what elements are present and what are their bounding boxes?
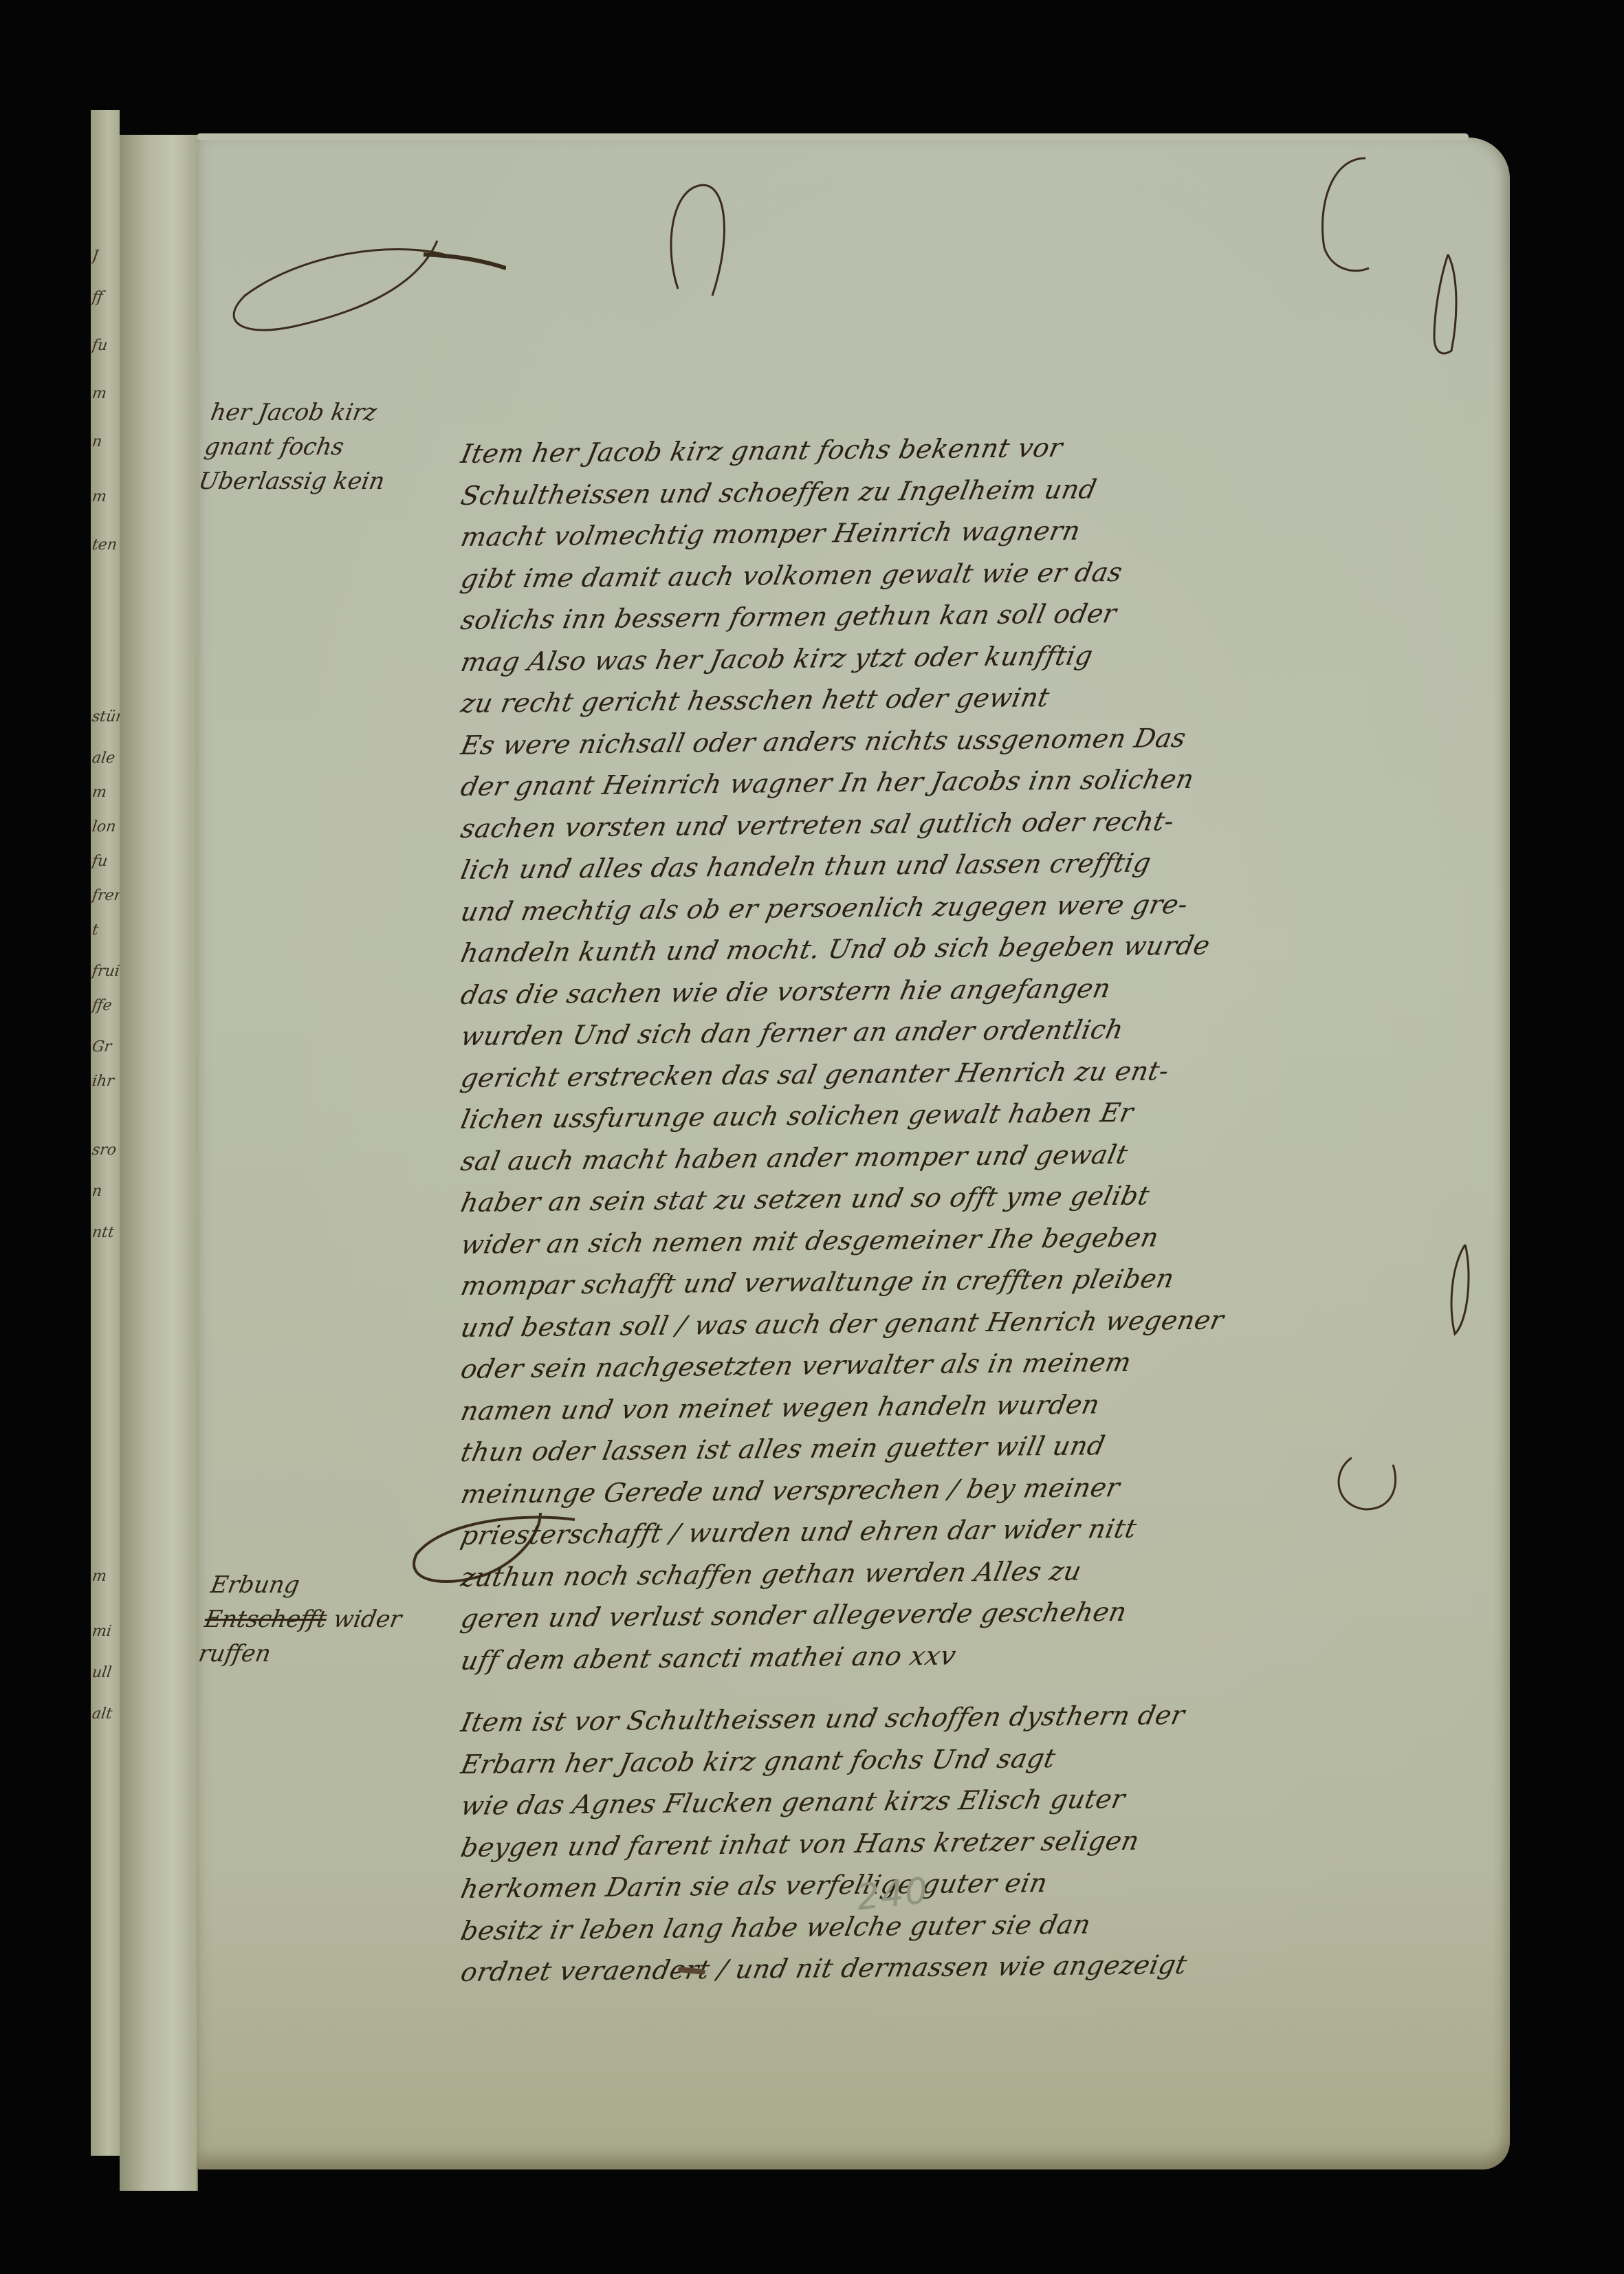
previous-leaf-fragment: ull bbox=[91, 1664, 121, 1681]
margin-note-line: Entschefft wider bbox=[202, 1602, 415, 1637]
margin-note-erbung: Erbung Entschefft wider ruffen bbox=[196, 1568, 420, 1671]
margin-note-line: her Jacob kirz bbox=[208, 395, 420, 430]
paragraph-1: Item her Jacob kirz gnant fochs bekennt … bbox=[461, 433, 1472, 1681]
main-text-block: Item her Jacob kirz gnant fochs bekennt … bbox=[461, 433, 1472, 1993]
previous-leaf-fragment: fruit bbox=[91, 963, 121, 980]
paragraph-2: Item ist vor Schultheissen und schoffen … bbox=[461, 1702, 1472, 1993]
previous-leaf-fragment: n bbox=[91, 433, 121, 450]
large-loop-flourish-icon bbox=[217, 213, 506, 351]
previous-leaf-fragment: fren bbox=[91, 887, 121, 904]
previous-leaf-fragment: lon bbox=[91, 818, 121, 835]
previous-leaf-fragment: n bbox=[91, 1183, 121, 1200]
previous-leaf-fragment: m bbox=[91, 385, 121, 402]
margin-note-word: wider bbox=[324, 1606, 404, 1633]
previous-leaf-fragment: m bbox=[91, 488, 121, 505]
margin-note-jacob-kirz: her Jacob kirz gnant fochs Uberlassig ke… bbox=[196, 395, 420, 499]
previous-leaf-edge: J ff fu m n m ten stür ale m lon fu fren… bbox=[91, 110, 120, 2156]
margin-note-line: Erbung bbox=[208, 1568, 420, 1602]
manuscript-leaf: her Jacob kirz gnant fochs Uberlassig ke… bbox=[197, 138, 1510, 2169]
torn-top-edge bbox=[197, 133, 1469, 140]
ascender-loop-icon bbox=[664, 165, 747, 303]
previous-leaf-fragment: m bbox=[91, 1568, 121, 1585]
previous-leaf-fragment: ihr bbox=[91, 1073, 121, 1090]
struck-through-word: Entschefft bbox=[202, 1606, 329, 1633]
previous-leaf-fragment: ff bbox=[91, 289, 121, 306]
previous-leaf-fragment: ten bbox=[91, 536, 121, 554]
previous-leaf-fragment: t bbox=[91, 921, 121, 939]
right-bracket-flourish-icon bbox=[1420, 248, 1462, 364]
previous-leaf-fragment: stür bbox=[91, 708, 121, 725]
previous-leaf-fragment: mi bbox=[91, 1623, 121, 1640]
previous-leaf-fragment: alt bbox=[91, 1705, 121, 1723]
previous-leaf-fragment: Gr bbox=[91, 1038, 121, 1056]
previous-leaf-fragment: J bbox=[91, 248, 121, 265]
previous-leaf-fragment: ntt bbox=[91, 1224, 121, 1241]
margin-note-line: gnant fochs bbox=[202, 430, 415, 464]
previous-leaf-fragment: m bbox=[91, 784, 121, 801]
margin-note-line: ruffen bbox=[196, 1637, 408, 1671]
previous-leaf-fragment: sro bbox=[91, 1141, 121, 1159]
right-bracket-flourish-icon bbox=[1304, 151, 1379, 282]
previous-leaf-fragment: fu bbox=[91, 853, 121, 870]
margin-note-line: Uberlassig kein bbox=[196, 464, 408, 499]
previous-leaf-fragment: ale bbox=[91, 750, 121, 767]
binding-gutter bbox=[120, 135, 198, 2191]
previous-leaf-fragment: fu bbox=[91, 337, 121, 354]
previous-leaf-fragment: ffe bbox=[91, 997, 121, 1014]
folio-number: 240 bbox=[855, 1870, 931, 1919]
